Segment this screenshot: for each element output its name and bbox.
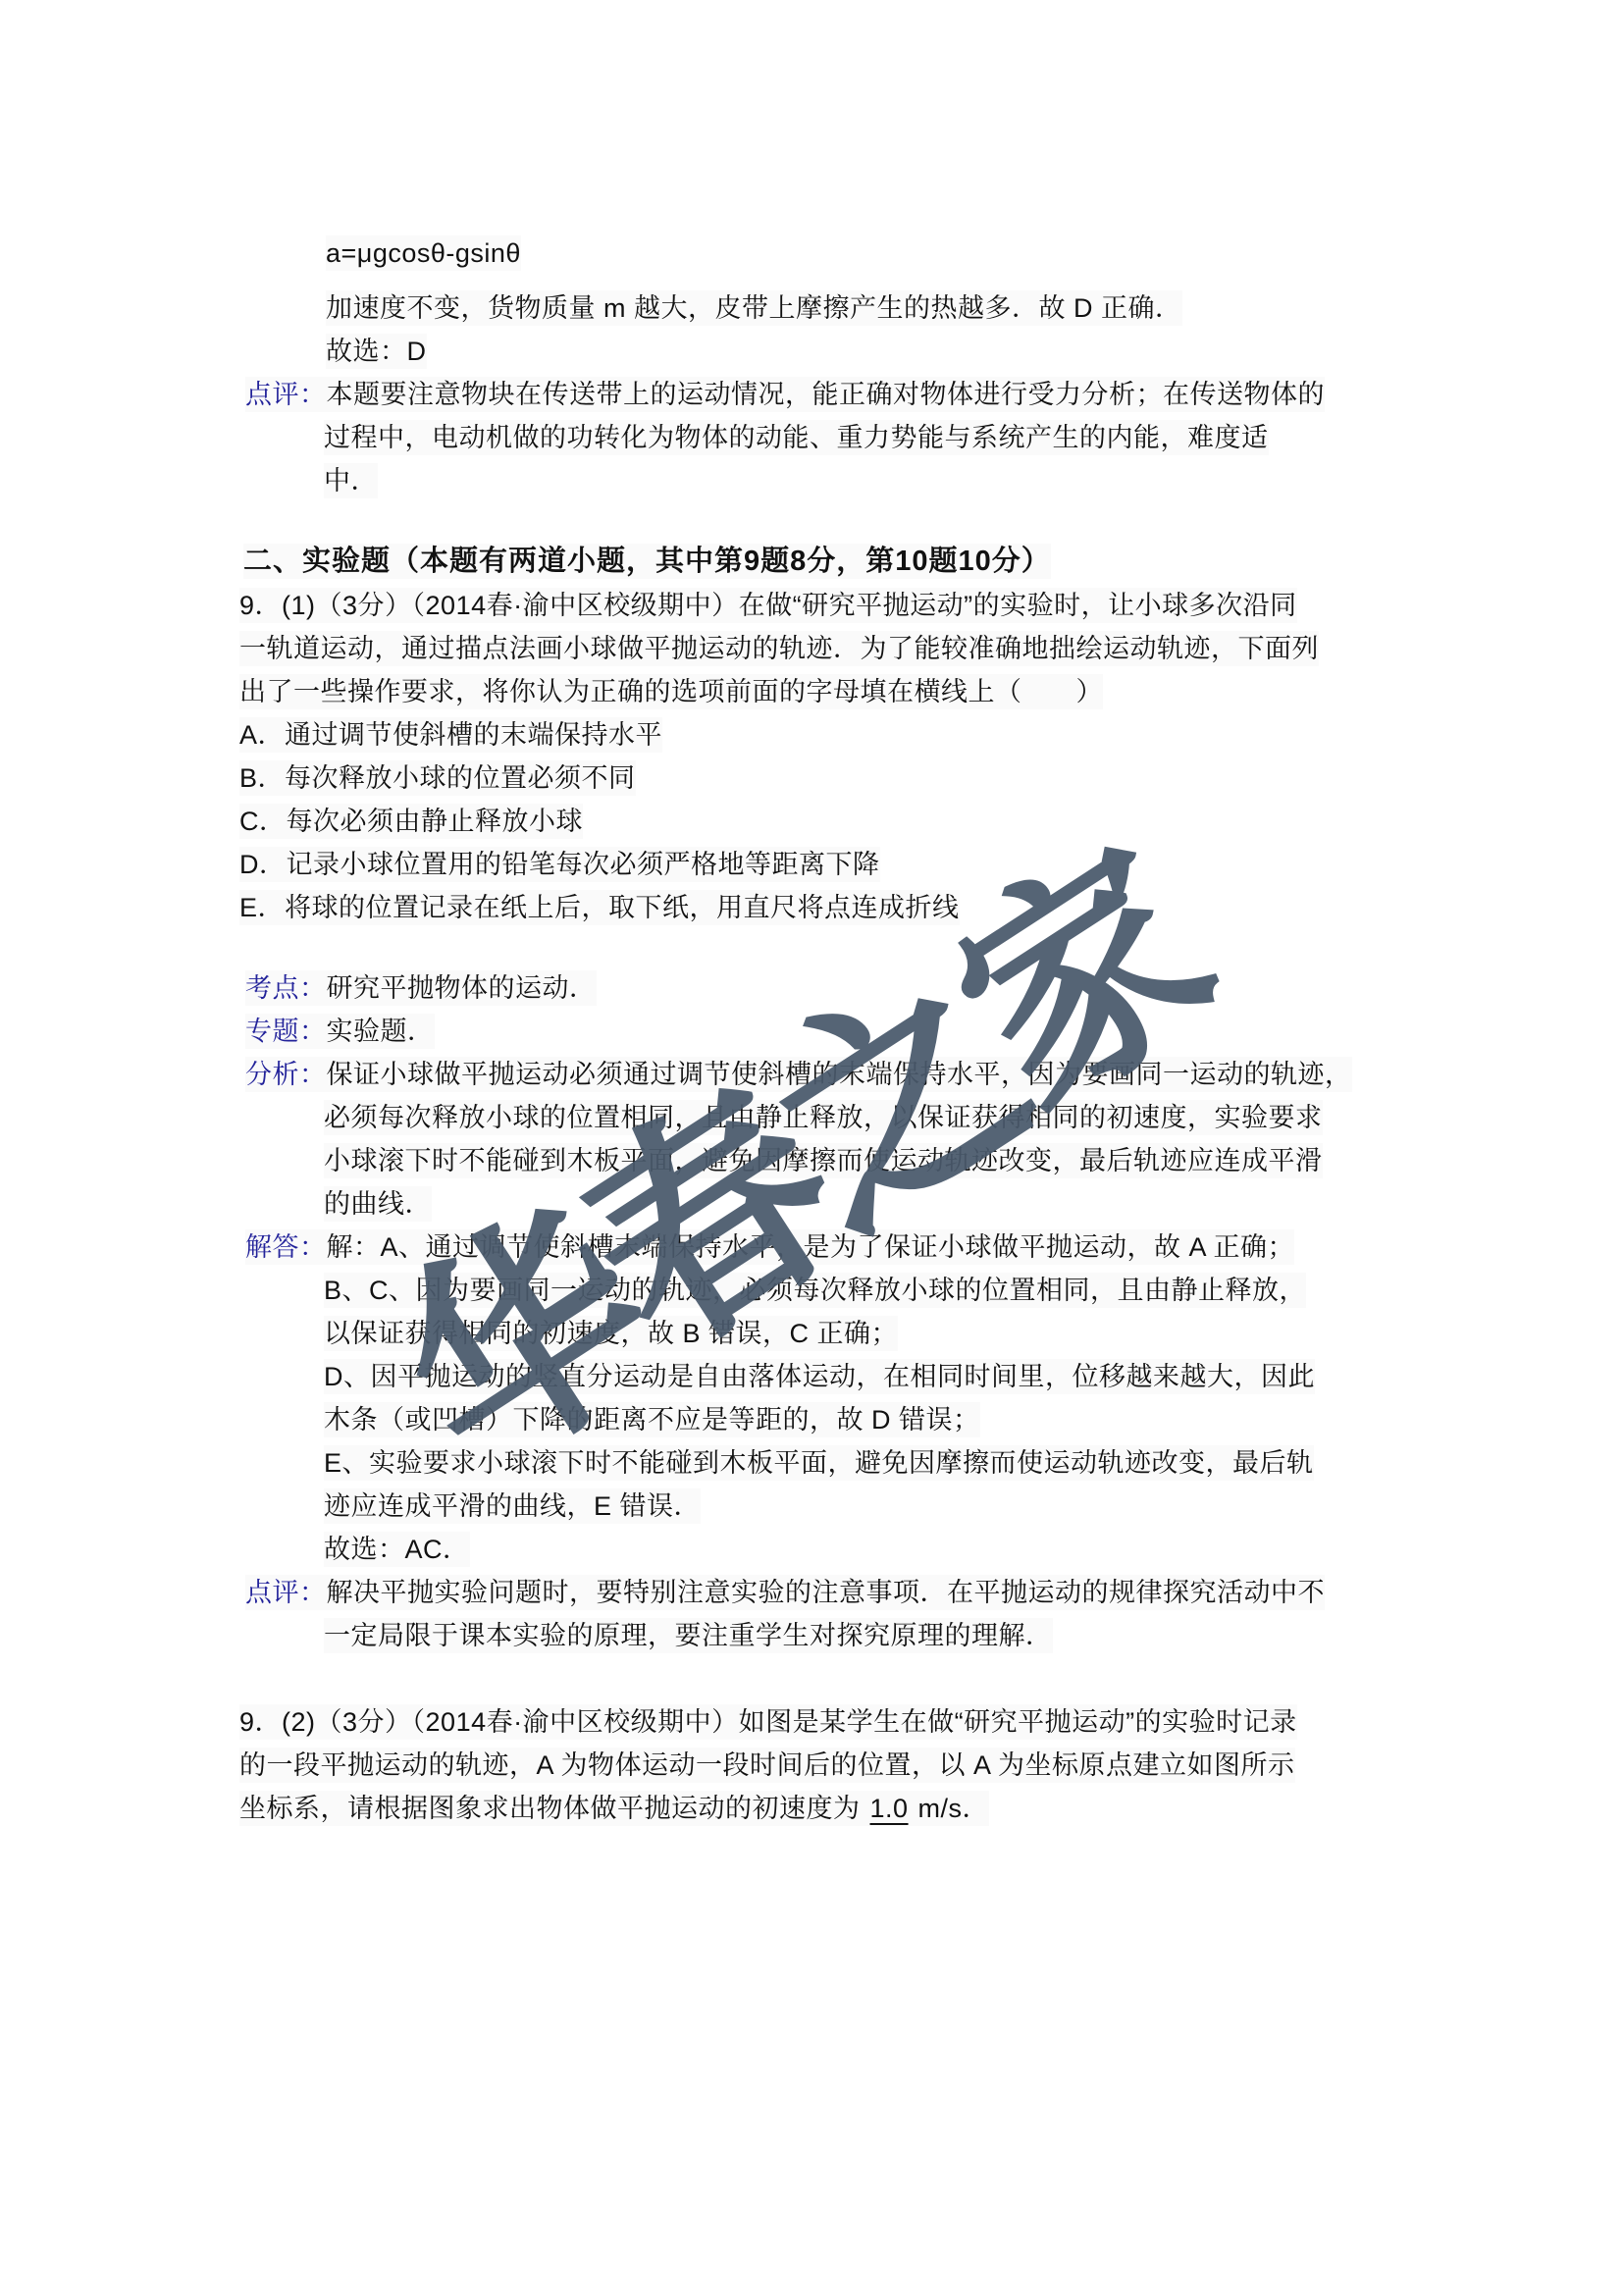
question-stem-line: 一轨道运动，通过描点法画小球做平抛运动的轨迹．为了能较准确地拙绘运动轨迹，下面列	[239, 631, 1319, 666]
zhuanti-label: 专题：	[245, 1017, 327, 1046]
dianping-label: 点评：	[245, 1578, 327, 1607]
blank-prefix: 坐标系，请根据图象求出物体做平抛运动的初速度为	[239, 1794, 861, 1823]
jieda-text: 解：A、通过调节使斜槽末端保持水平，是为了保证小球做平抛运动，故 A 正确；	[327, 1232, 1295, 1262]
fenxi-text: 保证小球做平抛运动必须通过调节使斜槽的末端保持水平，因为要画同一运动的轨迹，	[327, 1060, 1352, 1089]
fenxi-line: 小球滚下时不能碰到木板平面，避免因摩擦而使运动轨迹改变，最后轨迹应连成平滑	[324, 1143, 1323, 1178]
option-d: D．记录小球位置用的铅笔每次必须严格地等距离下降	[239, 847, 880, 882]
jieda-line: D、因平抛运动的竖直分运动是自由落体运动，在相同时间里，位移越来越大，因此	[324, 1359, 1315, 1394]
formula-line: a=μgcosθ-gsinθ	[326, 235, 521, 271]
option-b: B．每次释放小球的位置必须不同	[239, 760, 636, 796]
question-stem-line: 的一段平抛运动的轨迹，A 为物体运动一段时间后的位置，以 A 为坐标原点建立如图…	[239, 1748, 1295, 1783]
jieda-line: 以保证获得相同的初速度，故 B 错误，C 正确；	[324, 1316, 898, 1351]
comment-line: 中．	[324, 463, 378, 498]
blank-suffix: m/s．	[918, 1794, 990, 1823]
fenxi-label: 分析：	[245, 1060, 327, 1089]
zhuanti-line: 专题：实验题．	[245, 1014, 435, 1049]
option-e: E．将球的位置记录在纸上后，取下纸，用直尺将点连成折线	[239, 890, 960, 925]
exam-answer-page: a=μgcosθ-gsinθ 加速度不变，货物质量 m 越大，皮带上摩擦产生的热…	[0, 0, 1623, 2296]
fenxi-line: 的曲线．	[324, 1186, 432, 1222]
zhuanti-text: 实验题．	[327, 1017, 435, 1046]
dianping-line: 点评：解决平抛实验问题时，要特别注意实验的注意事项．在平抛运动的规律探究活动中不	[245, 1575, 1325, 1610]
jieda-line: 解答：解：A、通过调节使斜槽末端保持水平，是为了保证小球做平抛运动，故 A 正确…	[245, 1229, 1294, 1265]
dianping-line: 一定局限于课本实验的原理，要注重学生对探究原理的理解．	[324, 1618, 1053, 1653]
answer-choice-line: 故选：D	[326, 334, 427, 369]
option-c: C．每次必须由静止释放小球	[239, 804, 583, 839]
question-stem-line: 9．(2)（3分）（2014春·渝中区校级期中）如图是某学生在做“研究平抛运动”…	[239, 1704, 1297, 1740]
jieda-line: E、实验要求小球滚下时不能碰到木板平面，避免因摩擦而使运动轨迹改变，最后轨	[324, 1445, 1314, 1481]
comment-text: 本题要注意物块在传送带上的运动情况，能正确对物体进行受力分析；在传送物体的	[327, 380, 1326, 409]
dianping-text: 解决平抛实验问题时，要特别注意实验的注意事项．在平抛运动的规律探究活动中不	[327, 1578, 1326, 1607]
kaodian-text: 研究平抛物体的运动．	[327, 973, 597, 1003]
section-heading: 二、实验题（本题有两道小题，其中第9题8分，第10题10分）	[243, 544, 1051, 579]
kaodian-line: 考点：研究平抛物体的运动．	[245, 970, 597, 1006]
jieda-line: 木条（或凹槽）下降的距离不应是等距的，故 D 错误；	[324, 1402, 980, 1437]
answer-explanation-line: 加速度不变，货物质量 m 越大，皮带上摩擦产生的热越多．故 D 正确．	[326, 290, 1182, 326]
option-a: A．通过调节使斜槽的末端保持水平	[239, 717, 662, 753]
jieda-line: 迹应连成平滑的曲线，E 错误．	[324, 1488, 701, 1524]
question-stem-line: 9．(1)（3分）（2014春·渝中区校级期中）在做“研究平抛运动”的实验时，让…	[239, 588, 1297, 623]
comment-line: 点评：本题要注意物块在传送带上的运动情况，能正确对物体进行受力分析；在传送物体的	[245, 377, 1325, 412]
kaodian-label: 考点：	[245, 973, 327, 1003]
fenxi-line: 必须每次释放小球的位置相同，且由静止释放，以保证获得相同的初速度，实验要求	[324, 1100, 1323, 1135]
question-stem-line: 出了一些操作要求，将你认为正确的选项前面的字母填在横线上（ ）	[239, 674, 1103, 709]
comment-line: 过程中，电动机做的功转化为物体的动能、重力势能与系统产生的内能，难度适	[324, 420, 1269, 455]
fenxi-line: 分析：保证小球做平抛运动必须通过调节使斜槽的末端保持水平，因为要画同一运动的轨迹…	[245, 1057, 1352, 1092]
filled-blank-value: 1.0	[861, 1794, 918, 1823]
question-blank-line: 坐标系，请根据图象求出物体做平抛运动的初速度为1.0m/s．	[239, 1791, 989, 1826]
jieda-label: 解答：	[245, 1232, 327, 1262]
answer-choice-line: 故选：AC．	[324, 1532, 470, 1567]
comment-label: 点评：	[245, 380, 327, 409]
jieda-line: B、C、因为要画同一运动的轨迹，必须每次释放小球的位置相同，且由静止释放，	[324, 1273, 1306, 1308]
